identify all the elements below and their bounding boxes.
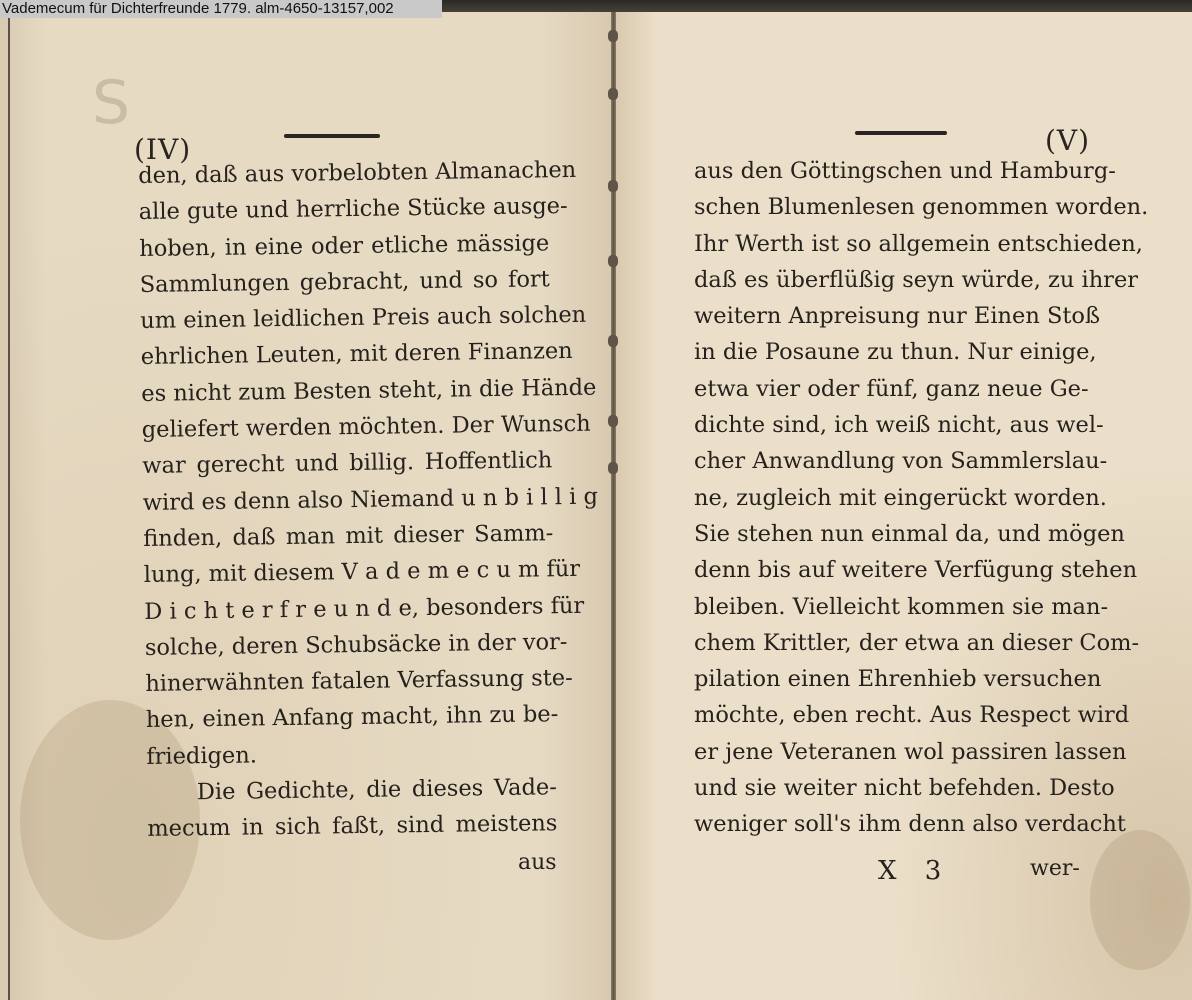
text-line: friedigen.	[146, 733, 556, 775]
text-line: mecum in sich faßt, sind meistens	[147, 806, 557, 848]
header-rule-left	[284, 134, 380, 138]
text-line: hen, einen Anfang macht, ihn zu be-	[146, 697, 556, 739]
text-line: etwa vier oder fünf, ganz neue Ge-	[694, 371, 1084, 407]
text-line: hinerwähnten fatalen Verfassung ste-	[145, 660, 555, 702]
text-line: alle gute und herrliche Stücke ausge-	[139, 189, 549, 231]
catchword-right: wer-	[1030, 856, 1080, 881]
text-line: denn bis auf weitere Verfügung stehen	[694, 552, 1084, 588]
library-stamp-letter: S	[92, 68, 130, 138]
text-line: war gerecht und billig. Hoffentlich	[142, 443, 552, 485]
text-line: bleiben. Vielleicht kommen sie man-	[694, 589, 1084, 625]
book-gutter	[611, 12, 616, 1000]
text-line: hoben, in eine oder etliche mässige	[139, 225, 549, 267]
text-line: weitern Anpreisung nur Einen Stoß	[694, 298, 1084, 334]
binding-stitch	[608, 88, 618, 100]
text-line: cher Anwandlung von Sammlerslau-	[694, 443, 1084, 479]
text-line: Die Gedichte, die dieses Vade-	[147, 769, 557, 811]
paper-stain	[1090, 830, 1190, 970]
binding-stitch	[608, 255, 618, 267]
text-line: ehrlichen Leuten, mit deren Finanzen	[141, 334, 551, 376]
catchword-left: aus	[518, 850, 557, 875]
binding-stitch	[608, 335, 618, 347]
text-line: und sie weiter nicht befehden. Desto	[694, 770, 1084, 806]
text-line: möchte, eben recht. Aus Respect wird	[694, 697, 1084, 733]
text-line: geliefert werden möchten. Der Wunsch	[142, 406, 552, 448]
text-line: D i c h t e r f r e u n d e, besonders f…	[144, 588, 554, 630]
text-line: weniger soll's ihm denn also verdacht	[694, 806, 1084, 842]
text-line: solche, deren Schubsäcke in der vor-	[145, 624, 555, 666]
text-line: wird es denn also Niemand u n b i l l i …	[143, 479, 553, 521]
binding-stitch	[608, 180, 618, 192]
text-line: in die Posaune zu thun. Nur einige,	[694, 334, 1084, 370]
binding-stitch	[608, 415, 618, 427]
text-line: daß es überflüßig seyn würde, zu ihrer	[694, 262, 1084, 298]
text-line: schen Blumenlesen genommen worden.	[694, 189, 1084, 225]
right-page-text: aus den Göttingschen und Hamburg- schen …	[694, 153, 1084, 843]
text-line: Sie stehen nun einmal da, und mögen	[694, 516, 1084, 552]
text-line: Sammlungen gebracht, und so fort	[140, 261, 550, 303]
signature-mark: X 3	[878, 856, 951, 886]
left-page-text: den, daß aus vorbelobten Almanachen alle…	[138, 152, 558, 847]
text-line: chem Krittler, der etwa an dieser Com-	[694, 625, 1084, 661]
text-line: dichte sind, ich weiß nicht, aus wel-	[694, 407, 1084, 443]
text-line: Ihr Werth ist so allgemein entschieden,	[694, 226, 1084, 262]
text-line: pilation einen Ehrenhieb versuchen	[694, 661, 1084, 697]
text-line: um einen leidlichen Preis auch solchen	[140, 297, 550, 339]
text-line: den, daß aus vorbelobten Almanachen	[138, 152, 548, 194]
text-line: er jene Veteranen wol passiren lassen	[694, 734, 1084, 770]
window-title: Vademecum für Dichterfreunde 1779. alm-4…	[0, 0, 442, 18]
header-rule-right	[855, 131, 947, 135]
text-line: aus den Göttingschen und Hamburg-	[694, 153, 1084, 189]
binding-stitch	[608, 30, 618, 42]
text-line: es nicht zum Besten steht, in die Hände	[141, 370, 551, 412]
text-line: ne, zugleich mit eingerückt worden.	[694, 480, 1084, 516]
text-line: finden, daß man mit dieser Samm-	[143, 515, 553, 557]
text-line: lung, mit diesem V a d e m e c u m für	[144, 552, 554, 594]
binding-stitch	[608, 462, 618, 474]
